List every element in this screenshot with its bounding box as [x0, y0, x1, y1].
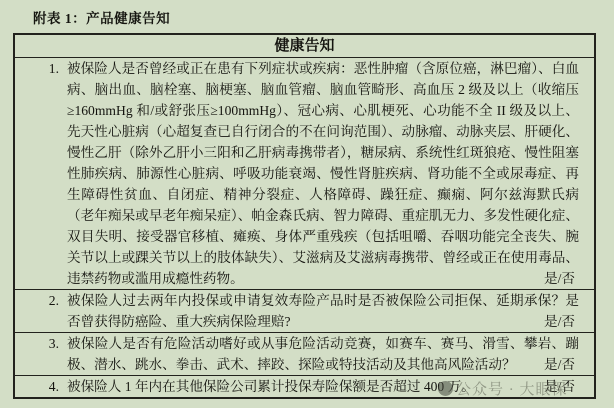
item-answer: 是/否 — [544, 268, 575, 289]
item-answer: 是/否 — [544, 376, 575, 397]
table-row: 3. 被保险人是否有危险活动嗜好或从事危险活动竞赛，如赛车、赛马、滑雪、攀岩、蹦… — [15, 333, 594, 376]
table-row: 4. 被保险人 1 年内在其他保险公司累计投保寿险保额是否超过 400 万。 是… — [15, 376, 594, 397]
item-text: 被保险人是否曾经或正在患有下列症状或疾病：恶性肿瘤（含原位癌，淋巴瘤）、白血病、… — [67, 61, 579, 286]
item-answer: 是/否 — [544, 354, 575, 375]
item-content: 被保险人是否曾经或正在患有下列症状或疾病：恶性肿瘤（含原位癌，淋巴瘤）、白血病、… — [67, 58, 594, 289]
item-content: 被保险人是否有危险活动嗜好或从事危险活动竞赛，如赛车、赛马、滑雪、攀岩、蹦极、潜… — [67, 333, 594, 375]
item-number: 1. — [15, 58, 67, 289]
page-title: 附表 1：产品健康告知 — [33, 7, 170, 27]
item-text: 被保险人 1 年内在其他保险公司累计投保寿险保额是否超过 400 万。 — [67, 379, 475, 394]
item-text: 被保险人是否有危险活动嗜好或从事危险活动竞赛，如赛车、赛马、滑雪、攀岩、蹦极、潜… — [67, 336, 579, 372]
table-row: 2. 被保险人过去两年内投保或申请复效寿险产品时是否被保险公司拒保、延期承保？是… — [15, 290, 594, 333]
table-row: 1. 被保险人是否曾经或正在患有下列症状或疾病：恶性肿瘤（含原位癌，淋巴瘤）、白… — [15, 58, 594, 290]
item-content: 被保险人 1 年内在其他保险公司累计投保寿险保额是否超过 400 万。 是/否 — [67, 376, 594, 397]
item-number: 4. — [15, 376, 67, 397]
document-page: { "page": { "title": "附表 1：产品健康告知", "bac… — [0, 0, 614, 408]
item-content: 被保险人过去两年内投保或申请复效寿险产品时是否被保险公司拒保、延期承保？是否曾获… — [67, 290, 594, 332]
item-answer: 是/否 — [544, 311, 575, 332]
health-notice-table: 健康告知 1. 被保险人是否曾经或正在患有下列症状或疾病：恶性肿瘤（含原位癌，淋… — [13, 33, 596, 399]
item-number: 2. — [15, 290, 67, 332]
item-number: 3. — [15, 333, 67, 375]
item-text: 被保险人过去两年内投保或申请复效寿险产品时是否被保险公司拒保、延期承保？是否曾获… — [67, 293, 579, 329]
table-header: 健康告知 — [15, 35, 594, 58]
